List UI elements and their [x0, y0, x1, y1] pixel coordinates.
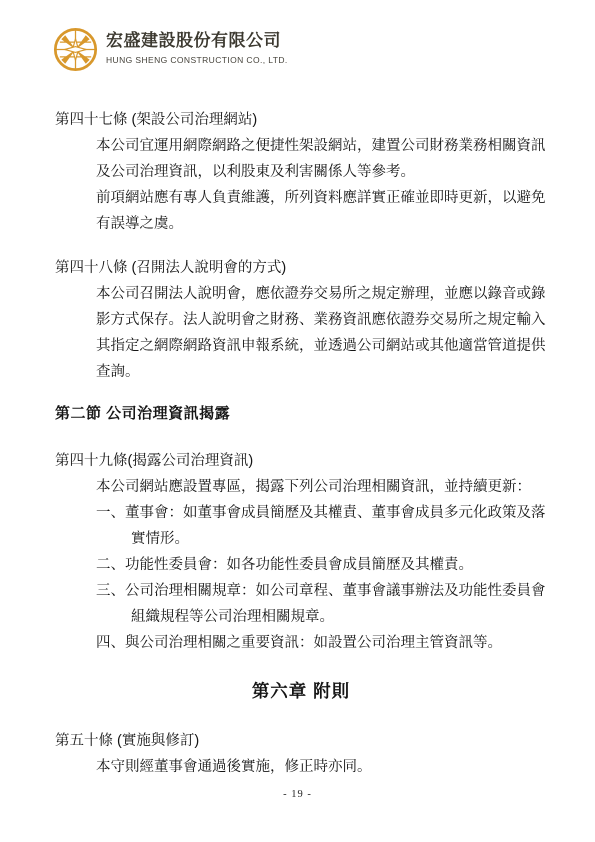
article-50-heading: 第五十條 (實施與修訂)	[55, 728, 547, 754]
article-49-item-4: 四、與公司治理相關之重要資訊：如設置公司治理主管資訊等。	[55, 630, 547, 656]
article-48-line: 查詢。	[55, 359, 547, 385]
document-body: 第四十七條 (架設公司治理網站) 本公司宜運用網際網路之便捷性架設網站，建置公司…	[55, 107, 547, 780]
article-48: 第四十八條 (召開法人說明會的方式) 本公司召開法人說明會，應依證券交易所之規定…	[55, 255, 547, 385]
article-48-line: 其指定之網際網路資訊申報系統，並透過公司網站或其他適當管道提供	[55, 333, 547, 359]
article-48-line: 影方式保存。法人說明會之財務、業務資訊應依證券交易所之規定輸入	[55, 307, 547, 333]
company-name-zh: 宏盛建設股份有限公司	[106, 30, 288, 52]
article-49-heading: 第四十九條(揭露公司治理資訊)	[55, 448, 547, 474]
chapter-6-title: 第六章 附則	[55, 676, 547, 706]
article-49-intro: 本公司網站應設置專區，揭露下列公司治理相關資訊，並持續更新：	[55, 474, 547, 500]
article-49-item-1: 一、董事會：如董事會成員簡歷及其權責、董事會成員多元化政策及落	[55, 500, 547, 526]
article-47-line: 本公司宜運用網際網路之便捷性架設網站，建置公司財務業務相關資訊	[55, 133, 547, 159]
article-50-line: 本守則經董事會通過後實施，修正時亦同。	[55, 754, 547, 780]
article-48-line: 本公司召開法人說明會，應依證券交易所之規定辦理，並應以錄音或錄	[55, 281, 547, 307]
article-49-item-3-wrap: 組織規程等公司治理相關規章。	[55, 604, 547, 630]
document-page: 宏盛建設股份有限公司 HUNG SHENG CONSTRUCTION CO., …	[0, 0, 595, 842]
article-49-item-1-wrap: 實情形。	[55, 526, 547, 552]
article-49: 第四十九條(揭露公司治理資訊) 本公司網站應設置專區，揭露下列公司治理相關資訊，…	[55, 448, 547, 656]
company-name-block: 宏盛建設股份有限公司 HUNG SHENG CONSTRUCTION CO., …	[106, 26, 288, 66]
article-47-line: 前項網站應有專人負責維護，所列資料應詳實正確並即時更新，以避免	[55, 185, 547, 211]
article-47-line: 有誤導之虞。	[55, 211, 547, 237]
article-50: 第五十條 (實施與修訂) 本守則經董事會通過後實施，修正時亦同。	[55, 728, 547, 780]
company-header: 宏盛建設股份有限公司 HUNG SHENG CONSTRUCTION CO., …	[52, 26, 288, 73]
section-2-title: 第二節 公司治理資訊揭露	[55, 401, 547, 427]
article-49-item-2: 二、功能性委員會：如各功能性委員會成員簡歷及其權責。	[55, 552, 547, 578]
company-name-en: HUNG SHENG CONSTRUCTION CO., LTD.	[106, 54, 288, 66]
article-47-heading: 第四十七條 (架設公司治理網站)	[55, 107, 547, 133]
page-number: - 19 -	[0, 789, 595, 800]
company-logo-icon	[52, 26, 99, 73]
article-47-line: 及公司治理資訊，以利股東及利害關係人等參考。	[55, 159, 547, 185]
article-49-item-3: 三、公司治理相關規章：如公司章程、董事會議事辦法及功能性委員會	[55, 578, 547, 604]
article-47: 第四十七條 (架設公司治理網站) 本公司宜運用網際網路之便捷性架設網站，建置公司…	[55, 107, 547, 237]
article-48-heading: 第四十八條 (召開法人說明會的方式)	[55, 255, 547, 281]
